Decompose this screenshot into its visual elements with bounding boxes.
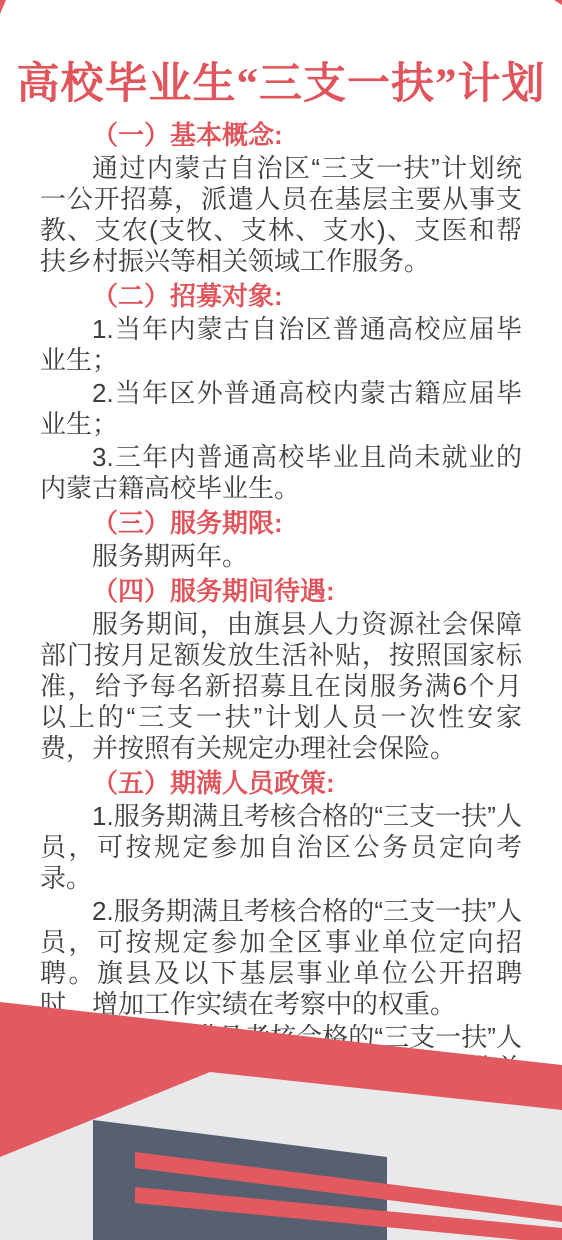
section-2-heading: （二）招募对象:: [40, 281, 522, 312]
section-5-item-1: 1.服务期满且考核合格的“三支一扶”人员，可按规定参加自治区公务员定向考录。: [40, 801, 522, 894]
poster-page: 高校毕业生“三支一扶”计划 （一）基本概念: 通过内蒙古自治区“三支一扶”计划统…: [0, 0, 562, 1240]
section-3-heading: （三）服务期限:: [40, 508, 522, 539]
bottom-decoration-graphic: [0, 995, 562, 1240]
section-1-heading: （一）基本概念:: [40, 120, 522, 151]
corner-accent-top-right: [554, 0, 562, 5]
corner-accent-top-left: [0, 0, 6, 14]
section-3-paragraph: 服务期两年。: [40, 541, 522, 572]
page-title: 高校毕业生“三支一扶”计划: [0, 59, 562, 111]
section-2-item-3: 3.三年内普通高校毕业且尚未就业的内蒙古籍高校毕业生。: [40, 442, 522, 504]
section-2-item-1: 1.当年内蒙古自治区普通高校应届毕业生；: [40, 314, 522, 376]
section-4-paragraph: 服务期间，由旗县人力资源社会保障部门按月足额发放生活补贴，按照国家标准，给予每名…: [40, 609, 522, 764]
section-1-paragraph: 通过内蒙古自治区“三支一扶”计划统一公开招募，派遣人员在基层主要从事支教、支农(…: [40, 153, 522, 277]
document-body: （一）基本概念: 通过内蒙古自治区“三支一扶”计划统一公开招募，派遣人员在基层主…: [40, 116, 522, 1146]
section-5-heading: （五）期满人员政策:: [40, 768, 522, 799]
section-2-item-2: 2.当年区外普通高校内蒙古籍应届毕业生；: [40, 378, 522, 440]
section-4-heading: （四）服务期间待遇:: [40, 576, 522, 607]
